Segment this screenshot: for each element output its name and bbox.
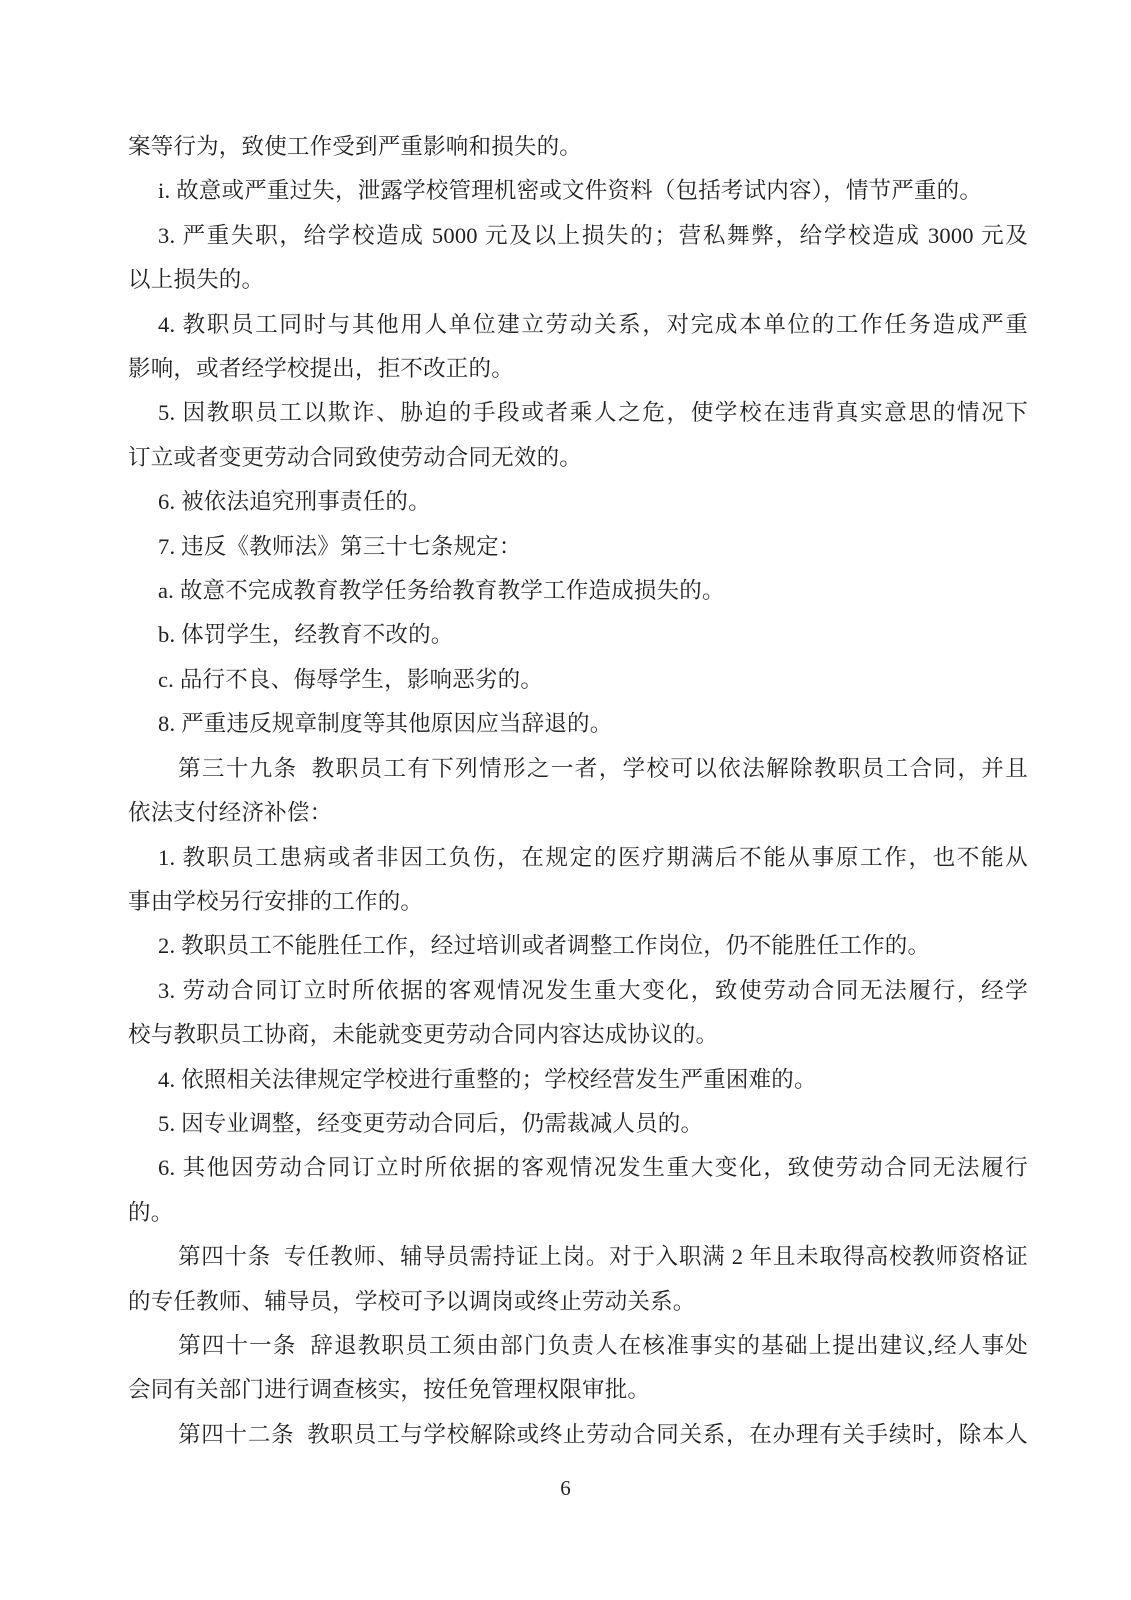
text-line: 的。 [128,1191,1028,1235]
text-line: 6. 其他因劳动合同订立时所依据的客观情况发生重大变化，致使劳动合同无法履行 [128,1146,1028,1190]
text-line: 7. 违反《教师法》第三十七条规定： [128,525,1028,569]
text-line: 第四十二条 教职员工与学校解除或终止劳动合同关系，在办理有关手续时，除本人 [128,1413,1028,1457]
text-line: 5. 因专业调整，经变更劳动合同后，仍需裁减人员的。 [128,1102,1028,1146]
document-page: 案等行为，致使工作受到严重影响和损失的。i. 故意或严重过失，泄露学校管理机密或… [0,0,1131,1600]
text-line: b. 体罚学生，经教育不改的。 [128,613,1028,657]
text-line: i. 故意或严重过失，泄露学校管理机密或文件资料（包括考试内容），情节严重的。 [128,169,1028,213]
page-number: 6 [560,1476,571,1500]
text-line: 2. 教职员工不能胜任工作，经过培训或者调整工作岗位，仍不能胜任工作的。 [128,924,1028,968]
text-line: 案等行为，致使工作受到严重影响和损失的。 [128,125,1028,169]
text-line: 第三十九条 教职员工有下列情形之一者，学校可以依法解除教职员工合同，并且 [128,747,1028,791]
text-line: 3. 严重失职，给学校造成 5000 元及以上损失的；营私舞弊，给学校造成 30… [128,214,1028,258]
text-line: 4. 依照相关法律规定学校进行重整的；学校经营发生严重困难的。 [128,1058,1028,1102]
text-line: 4. 教职员工同时与其他用人单位建立劳动关系，对完成本单位的工作任务造成严重 [128,303,1028,347]
text-line: 第四十一条 辞退教职员工须由部门负责人在核准事实的基础上提出建议,经人事处 [128,1324,1028,1368]
text-line: 6. 被依法追究刑事责任的。 [128,480,1028,524]
text-line: c. 品行不良、侮辱学生，影响恶劣的。 [128,658,1028,702]
text-line: 订立或者变更劳动合同致使劳动合同无效的。 [128,436,1028,480]
text-line: 影响，或者经学校提出，拒不改正的。 [128,347,1028,391]
text-line: 以上损失的。 [128,258,1028,302]
text-line: 1. 教职员工患病或者非因工负伤，在规定的医疗期满后不能从事原工作，也不能从 [128,836,1028,880]
text-line: 5. 因教职员工以欺诈、胁迫的手段或者乘人之危，使学校在违背真实意思的情况下 [128,391,1028,435]
text-line: 依法支付经济补偿： [128,791,1028,835]
text-line: 的专任教师、辅导员，学校可予以调岗或终止劳动关系。 [128,1280,1028,1324]
text-line: 3. 劳动合同订立时所依据的客观情况发生重大变化，致使劳动合同无法履行，经学 [128,969,1028,1013]
text-line: 第四十条 专任教师、辅导员需持证上岗。对于入职满 2 年且未取得高校教师资格证 [128,1235,1028,1279]
text-line: 事由学校另行安排的工作的。 [128,880,1028,924]
text-line: a. 故意不完成教育教学任务给教育教学工作造成损失的。 [128,569,1028,613]
text-line: 校与教职员工协商，未能就变更劳动合同内容达成协议的。 [128,1013,1028,1057]
text-line: 会同有关部门进行调查核实，按任免管理权限审批。 [128,1368,1028,1412]
page-footer: 6 [0,1476,1131,1500]
document-body: 案等行为，致使工作受到严重影响和损失的。i. 故意或严重过失，泄露学校管理机密或… [128,125,1028,1457]
text-line: 8. 严重违反规章制度等其他原因应当辞退的。 [128,702,1028,746]
